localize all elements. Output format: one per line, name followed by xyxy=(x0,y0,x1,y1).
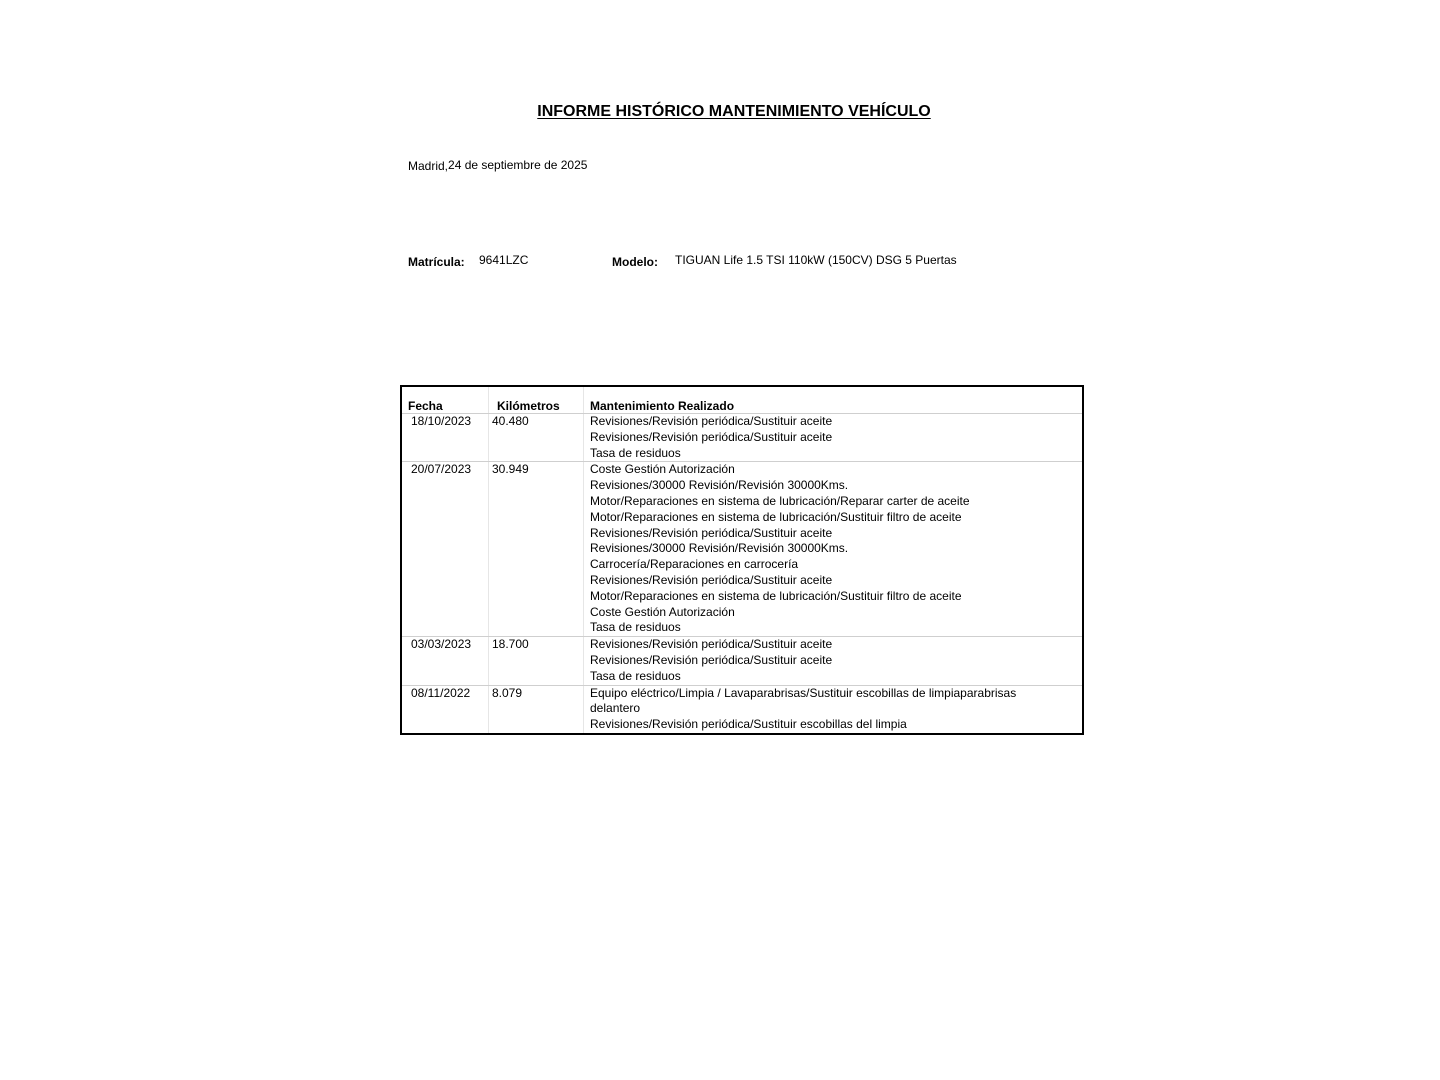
maintenance-item: Revisiones/Revisión periódica/Sustituir … xyxy=(590,430,1020,446)
maintenance-item: Tasa de residuos xyxy=(590,669,1020,685)
table-row: 03/03/202318.700Revisiones/Revisión peri… xyxy=(402,637,1082,685)
maintenance-item: Revisiones/Revisión periódica/Sustituir … xyxy=(590,526,1020,542)
table-row: 20/07/202330.949Coste Gestión Autorizaci… xyxy=(402,462,1082,637)
document-title: INFORME HISTÓRICO MANTENIMIENTO VEHÍCULO xyxy=(0,103,1440,121)
maintenance-item: Tasa de residuos xyxy=(590,446,1020,462)
cell-date: 08/11/2022 xyxy=(402,685,489,733)
maintenance-item: Revisiones/Revisión periódica/Sustituir … xyxy=(590,573,1020,589)
maintenance-history-table: Fecha Kilómetros Mantenimiento Realizado… xyxy=(400,385,1084,735)
maintenance-item: Revisiones/Revisión periódica/Sustituir … xyxy=(590,637,1020,653)
maintenance-item: Motor/Reparaciones en sistema de lubrica… xyxy=(590,494,1020,510)
table-body: 18/10/202340.480Revisiones/Revisión peri… xyxy=(402,414,1082,733)
cell-maintenance: Coste Gestión AutorizaciónRevisiones/300… xyxy=(584,462,1083,637)
cell-km: 30.949 xyxy=(489,462,584,637)
table-row: 18/10/202340.480Revisiones/Revisión peri… xyxy=(402,414,1082,462)
maintenance-item: Revisiones/Revisión periódica/Sustituir … xyxy=(590,653,1020,669)
maintenance-item: Motor/Reparaciones en sistema de lubrica… xyxy=(590,589,1020,605)
cell-maintenance: Revisiones/Revisión periódica/Sustituir … xyxy=(584,637,1083,685)
maintenance-item: Motor/Reparaciones en sistema de lubrica… xyxy=(590,510,1020,526)
table-header-row: Fecha Kilómetros Mantenimiento Realizado xyxy=(402,387,1082,414)
cell-km: 18.700 xyxy=(489,637,584,685)
city: Madrid, xyxy=(408,159,448,173)
cell-maintenance: Equipo eléctrico/Limpia / Lavaparabrisas… xyxy=(584,685,1083,733)
maintenance-item: Coste Gestión Autorización xyxy=(590,462,1020,478)
table-row: 08/11/20228.079Equipo eléctrico/Limpia /… xyxy=(402,685,1082,733)
cell-date: 20/07/2023 xyxy=(402,462,489,637)
cell-maintenance: Revisiones/Revisión periódica/Sustituir … xyxy=(584,414,1083,462)
maintenance-item: Equipo eléctrico/Limpia / Lavaparabrisas… xyxy=(590,686,1020,718)
maintenance-item: Coste Gestión Autorización xyxy=(590,605,1020,621)
report-date: 24 de septiembre de 2025 xyxy=(448,158,587,172)
maintenance-item: Revisiones/30000 Revisión/Revisión 30000… xyxy=(590,478,1020,494)
model-value: TIGUAN Life 1.5 TSI 110kW (150CV) DSG 5 … xyxy=(675,253,957,267)
place-and-date: Madrid,24 de septiembre de 2025 xyxy=(408,158,587,172)
cell-date: 18/10/2023 xyxy=(402,414,489,462)
cell-date: 03/03/2023 xyxy=(402,637,489,685)
header-maintenance: Mantenimiento Realizado xyxy=(584,387,1083,414)
maintenance-item: Revisiones/30000 Revisión/Revisión 30000… xyxy=(590,541,1020,557)
plate-value: 9641LZC xyxy=(479,253,528,267)
maintenance-item: Carrocería/Reparaciones en carrocería xyxy=(590,557,1020,573)
maintenance-item: Revisiones/Revisión periódica/Sustituir … xyxy=(590,717,1020,733)
header-km: Kilómetros xyxy=(489,387,584,414)
maintenance-item: Tasa de residuos xyxy=(590,620,1020,636)
plate-label: Matrícula: xyxy=(408,255,465,269)
maintenance-item: Revisiones/Revisión periódica/Sustituir … xyxy=(590,414,1020,430)
cell-km: 8.079 xyxy=(489,685,584,733)
cell-km: 40.480 xyxy=(489,414,584,462)
header-date: Fecha xyxy=(402,387,489,414)
vehicle-info: Matrícula: 9641LZC Modelo: TIGUAN Life 1… xyxy=(408,253,1108,273)
model-label: Modelo: xyxy=(612,255,658,269)
